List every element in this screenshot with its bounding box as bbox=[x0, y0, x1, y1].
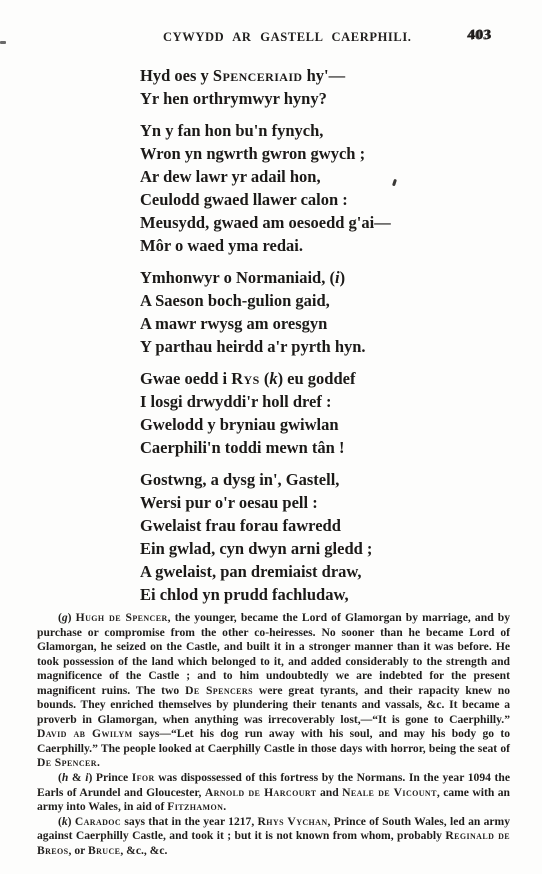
book-page: CYWYDD AR GASTELL CAERPHILI. 403 Hyd oes… bbox=[0, 0, 542, 874]
poem-line: Gwelodd y bryniau gwiwlan bbox=[140, 413, 470, 436]
scan-ink-artifact bbox=[0, 41, 6, 44]
poem-line: Hyd oes y Spenceriaid hy'— bbox=[140, 64, 470, 87]
stanza: Ymhonwyr o Normaniaid, (i)A Saeson boch-… bbox=[140, 266, 470, 358]
stanza: Hyd oes y Spenceriaid hy'—Yr hen orthrym… bbox=[140, 64, 470, 110]
poem-line: Meusydd, gwaed am oesoedd g'ai— bbox=[140, 211, 470, 234]
poem-line: A mawr rwysg am oresgyn bbox=[140, 312, 470, 335]
poem-line: Yr hen orthrymwyr hyny? bbox=[140, 87, 470, 110]
poem-line: Ymhonwyr o Normaniaid, (i) bbox=[140, 266, 470, 289]
poem-line: Ar dew lawr yr adail hon, bbox=[140, 165, 470, 188]
poem-line: Ein gwlad, cyn dwyn arni gledd ; bbox=[140, 537, 470, 560]
poem-line: Wersi pur o'r oesau pell : bbox=[140, 491, 470, 514]
poem-line: A Saeson boch-gulion gaid, bbox=[140, 289, 470, 312]
poem-line: Wron yn ngwrth gwron gwych ; bbox=[140, 142, 470, 165]
poem-line: A gwelaist, pan dremiaist draw, bbox=[140, 560, 470, 583]
poem-line: Yn y fan hon bu'n fynych, bbox=[140, 119, 470, 142]
stanza: Gwae oedd i Rys (k) eu goddefI losgi drw… bbox=[140, 367, 470, 459]
poem-line: Caerphili'n toddi mewn tân ! bbox=[140, 436, 470, 459]
footnote-h-i: (h & i) Prince Ifor was dispossessed of … bbox=[37, 771, 510, 815]
poem-line: Môr o waed yma redai. bbox=[140, 234, 470, 257]
running-title: CYWYDD AR GASTELL CAERPHILI. bbox=[163, 30, 412, 45]
poem-line: Ei chlod yn prudd fachludaw, bbox=[140, 583, 470, 606]
footnote-g: (g) Hugh de Spencer, the younger, became… bbox=[37, 611, 510, 771]
stanza: Gostwng, a dysg in', Gastell,Wersi pur o… bbox=[140, 468, 470, 606]
stanza: Yn y fan hon bu'n fynych,Wron yn ngwrth … bbox=[140, 119, 470, 257]
poem: Hyd oes y Spenceriaid hy'—Yr hen orthrym… bbox=[140, 64, 470, 615]
footnotes: (g) Hugh de Spencer, the younger, became… bbox=[37, 611, 510, 858]
poem-line: Gwae oedd i Rys (k) eu goddef bbox=[140, 367, 470, 390]
footnote-k: (k) Caradoc says that in the year 1217, … bbox=[37, 815, 510, 859]
poem-line: I losgi drwyddi'r holl dref : bbox=[140, 390, 470, 413]
poem-line: Gwelaist frau forau fawredd bbox=[140, 514, 470, 537]
poem-line: Ceulodd gwaed llawer calon : bbox=[140, 188, 470, 211]
poem-line: Gostwng, a dysg in', Gastell, bbox=[140, 468, 470, 491]
page-number: 403 bbox=[468, 27, 492, 44]
poem-line: Y parthau heirdd a'r pyrth hyn. bbox=[140, 335, 470, 358]
